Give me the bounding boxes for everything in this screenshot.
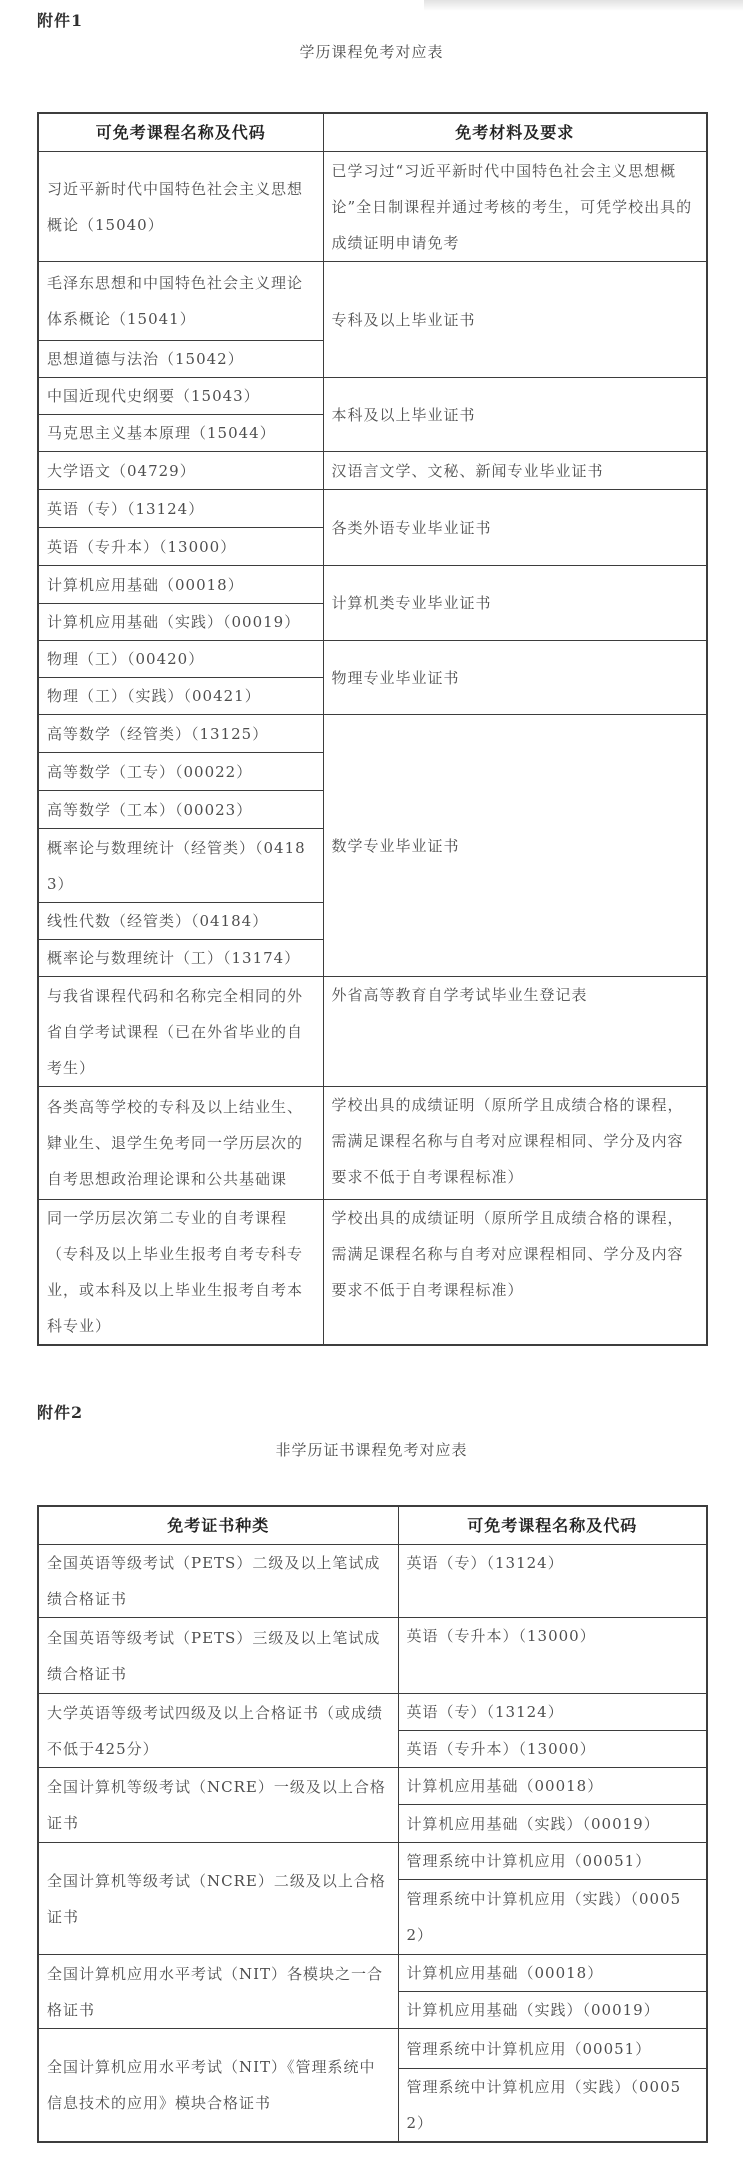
t2-header-certificate-type: 免考证书种类 [38,1506,398,1545]
exemption-material-cell: 学校出具的成绩证明（原所学且成绩合格的课程，需满足课程名称与自考对应课程相同、学… [323,1200,707,1346]
exempt-course-cell: 英语（专）（13124） [398,1694,707,1731]
course-name-cell: 同一学历层次第二专业的自考课程（专科及以上毕业生报考自考专科专业，或本科及以上毕… [38,1200,323,1346]
course-name-cell: 中国近现代史纲要（15043） [38,378,323,415]
exemption-material-cell: 物理专业毕业证书 [323,641,707,715]
course-name-cell: 习近平新时代中国特色社会主义思想概论（15040） [38,152,323,262]
exempt-course-cell: 英语（专升本）（13000） [398,1731,707,1768]
exempt-course-cell: 英语（专）（13124） [398,1545,707,1618]
exemption-material-cell: 本科及以上毕业证书 [323,378,707,452]
exempt-course-cell: 管理系统中计算机应用（实践）（00052） [398,1880,707,1955]
certificate-type-cell: 全国英语等级考试（PETS）三级及以上笔试成绩合格证书 [38,1618,398,1694]
course-name-cell: 各类高等学校的专科及以上结业生、肄业生、退学生免考同一学历层次的自考思想政治理论… [38,1087,323,1200]
certificate-type-cell: 全国计算机应用水平考试（NIT）各模块之一合格证书 [38,1955,398,2029]
exempt-course-cell: 计算机应用基础（00018） [398,1955,707,1992]
exemption-material-cell: 已学习过“习近平新时代中国特色社会主义思想概论”全日制课程并通过考核的考生，可凭… [323,152,707,262]
course-name-cell: 概率论与数理统计（经管类）（04183） [38,829,323,903]
exempt-course-cell: 英语（专升本）（13000） [398,1618,707,1694]
exemption-material-cell: 数学专业毕业证书 [323,715,707,977]
course-name-cell: 计算机应用基础（00018） [38,566,323,604]
exempt-course-cell: 计算机应用基础（实践）（00019） [398,1805,707,1843]
exemption-material-cell: 计算机类专业毕业证书 [323,566,707,641]
course-name-cell: 高等数学（工本）（00023） [38,791,323,829]
course-name-cell: 计算机应用基础（实践）（00019） [38,604,323,641]
course-name-cell: 与我省课程代码和名称完全相同的外省自学考试课程（已在外省毕业的自考生） [38,977,323,1087]
course-name-cell: 线性代数（经管类）（04184） [38,903,323,940]
table-1-caption: 学历课程免考对应表 [0,42,743,62]
exempt-course-cell: 管理系统中计算机应用（00051） [398,1843,707,1880]
table-2-caption: 非学历证书课程免考对应表 [0,1440,743,1460]
document-page: { "page": { "attachment1_label": "附件1", … [0,0,743,2167]
exempt-course-cell: 计算机应用基础（00018） [398,1768,707,1805]
exemption-material-cell: 专科及以上毕业证书 [323,262,707,378]
certificate-type-cell: 全国英语等级考试（PETS）二级及以上笔试成绩合格证书 [38,1545,398,1618]
certificate-type-cell: 全国计算机等级考试（NCRE）二级及以上合格证书 [38,1843,398,1955]
course-name-cell: 高等数学（经管类）（13125） [38,715,323,753]
course-name-cell: 英语（专升本）（13000） [38,528,323,566]
exemption-material-cell: 各类外语专业毕业证书 [323,490,707,566]
exemption-material-cell: 学校出具的成绩证明（原所学且成绩合格的课程，需满足课程名称与自考对应课程相同、学… [323,1087,707,1200]
exempt-course-cell: 管理系统中计算机应用（00051） [398,2029,707,2069]
certificate-type-cell: 全国计算机应用水平考试（NIT）《管理系统中信息技术的应用》模块合格证书 [38,2029,398,2143]
certificate-type-cell: 大学英语等级考试四级及以上合格证书（或成绩不低于425分） [38,1694,398,1768]
course-name-cell: 高等数学（工专）（00022） [38,753,323,791]
t1-header-materials: 免考材料及要求 [323,113,707,152]
exemption-material-cell: 外省高等教育自学考试毕业生登记表 [323,977,707,1087]
t2-header-course-name: 可免考课程名称及代码 [398,1506,707,1545]
certificate-type-cell: 全国计算机等级考试（NCRE）一级及以上合格证书 [38,1768,398,1843]
exempt-course-cell: 计算机应用基础（实践）（00019） [398,1992,707,2029]
course-name-cell: 物理（工）（实践）（00421） [38,678,323,715]
exemption-material-cell: 汉语言文学、文秘、新闻专业毕业证书 [323,452,707,490]
academic-course-exemption-table: 可免考课程名称及代码 免考材料及要求 习近平新时代中国特色社会主义思想概论（15… [37,112,708,1346]
course-name-cell: 概率论与数理统计（工）（13174） [38,940,323,977]
certificate-course-exemption-table: 免考证书种类 可免考课程名称及代码 全国英语等级考试（PETS）二级及以上笔试成… [37,1505,708,2143]
attachment-1-label: 附件1 [37,10,83,32]
course-name-cell: 马克思主义基本原理（15044） [38,415,323,452]
top-edge-shadow [424,0,743,11]
course-name-cell: 大学语文（04729） [38,452,323,490]
t1-header-course-name: 可免考课程名称及代码 [38,113,323,152]
course-name-cell: 思想道德与法治（15042） [38,341,323,378]
course-name-cell: 毛泽东思想和中国特色社会主义理论体系概论（15041） [38,262,323,341]
course-name-cell: 物理（工）（00420） [38,641,323,678]
exempt-course-cell: 管理系统中计算机应用（实践）（00052） [398,2069,707,2143]
course-name-cell: 英语（专）（13124） [38,490,323,528]
attachment-2-label: 附件2 [37,1402,83,1424]
